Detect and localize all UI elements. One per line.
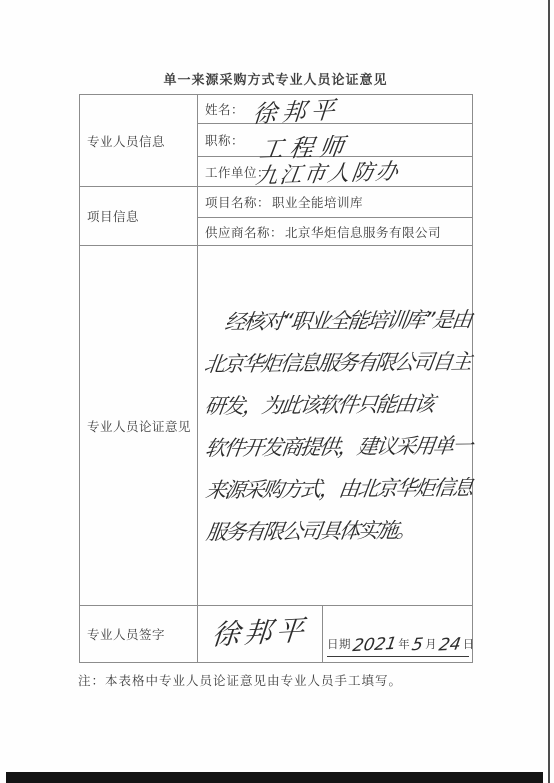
unit-cell: 工作单位： 九江市人防办 xyxy=(198,157,473,187)
scanned-document-page: 单一来源采购方式专业人员论证意见 专业人员信息 姓名： 徐邦平 职称： 工程师 … xyxy=(0,0,554,783)
project-name-value: 职业全能培训库 xyxy=(272,196,363,210)
day-unit: 日 xyxy=(463,639,475,651)
scan-bottom-bar xyxy=(6,772,543,783)
opinion-line: 服务有限公司具体实施。 xyxy=(203,508,475,553)
project-name-cell: 项目名称：职业全能培训库 xyxy=(198,187,473,218)
name-field-label: 姓名： xyxy=(205,103,244,117)
project-section-label: 项目信息 xyxy=(80,187,198,246)
month-unit: 月 xyxy=(425,639,437,651)
verification-form-table: 专业人员信息 姓名： 徐邦平 职称： 工程师 工作单位： 九江市人防办 项目信息… xyxy=(79,94,473,663)
supplier-label: 供应商名称： xyxy=(205,226,283,240)
footnote: 注：本表格中专业人员论证意见由专业人员手工填写。 xyxy=(78,671,402,689)
handwritten-opinion: 经核对“职业全能培训库”是由 北京华炬信息服务有限公司自主 研发，为此该软件只能… xyxy=(204,298,474,553)
row-project-name: 项目信息 项目名称：职业全能培训库 xyxy=(80,187,473,218)
row-opinion: 专业人员论证意见 经核对“职业全能培训库”是由 北京华炬信息服务有限公司自主 研… xyxy=(80,246,473,606)
opinion-section-label: 专业人员论证意见 xyxy=(80,246,198,606)
project-name-label: 项目名称： xyxy=(205,196,270,210)
supplier-cell: 供应商名称：北京华炬信息服务有限公司 xyxy=(198,218,473,246)
opinion-line: 来源采购方式，由北京华炬信息 xyxy=(203,466,475,511)
title-cell: 职称： 工程师 xyxy=(198,124,473,157)
handwritten-unit: 九江市人防办 xyxy=(254,154,402,190)
handwritten-month: 5 xyxy=(411,635,425,656)
document-title: 单一来源采购方式专业人员论证意见 xyxy=(79,69,472,88)
row-name: 专业人员信息 姓名： 徐邦平 xyxy=(80,95,473,124)
row-signature: 专业人员签字 徐邦平 日期2021年5月24日 xyxy=(80,606,473,663)
title-field-label: 职称： xyxy=(205,134,244,148)
date-cell: 日期2021年5月24日 xyxy=(323,606,473,663)
opinion-line: 经核对“职业全能培训库”是由 xyxy=(201,298,473,343)
personnel-section-label: 专业人员信息 xyxy=(80,95,198,187)
handwritten-day: 24 xyxy=(437,634,462,655)
scan-edge-line xyxy=(548,0,550,783)
handwritten-year: 2021 xyxy=(351,634,398,656)
unit-field-label: 工作单位： xyxy=(205,166,270,180)
date-label: 日期 xyxy=(327,639,351,651)
signature-cell: 徐邦平 xyxy=(198,606,323,663)
opinion-line: 软件开发商提供，建议采用单一 xyxy=(202,424,474,469)
date-line: 日期2021年5月24日 xyxy=(327,635,469,657)
opinion-line: 北京华炬信息服务有限公司自主 xyxy=(202,340,474,385)
opinion-line: 研发，为此该软件只能由该 xyxy=(202,382,474,427)
year-unit: 年 xyxy=(398,639,410,651)
handwritten-signature: 徐邦平 xyxy=(210,608,309,653)
opinion-cell: 经核对“职业全能培训库”是由 北京华炬信息服务有限公司自主 研发，为此该软件只能… xyxy=(198,246,473,606)
signature-section-label: 专业人员签字 xyxy=(80,606,198,663)
name-cell: 姓名： 徐邦平 xyxy=(198,95,473,124)
supplier-value: 北京华炬信息服务有限公司 xyxy=(285,226,441,240)
